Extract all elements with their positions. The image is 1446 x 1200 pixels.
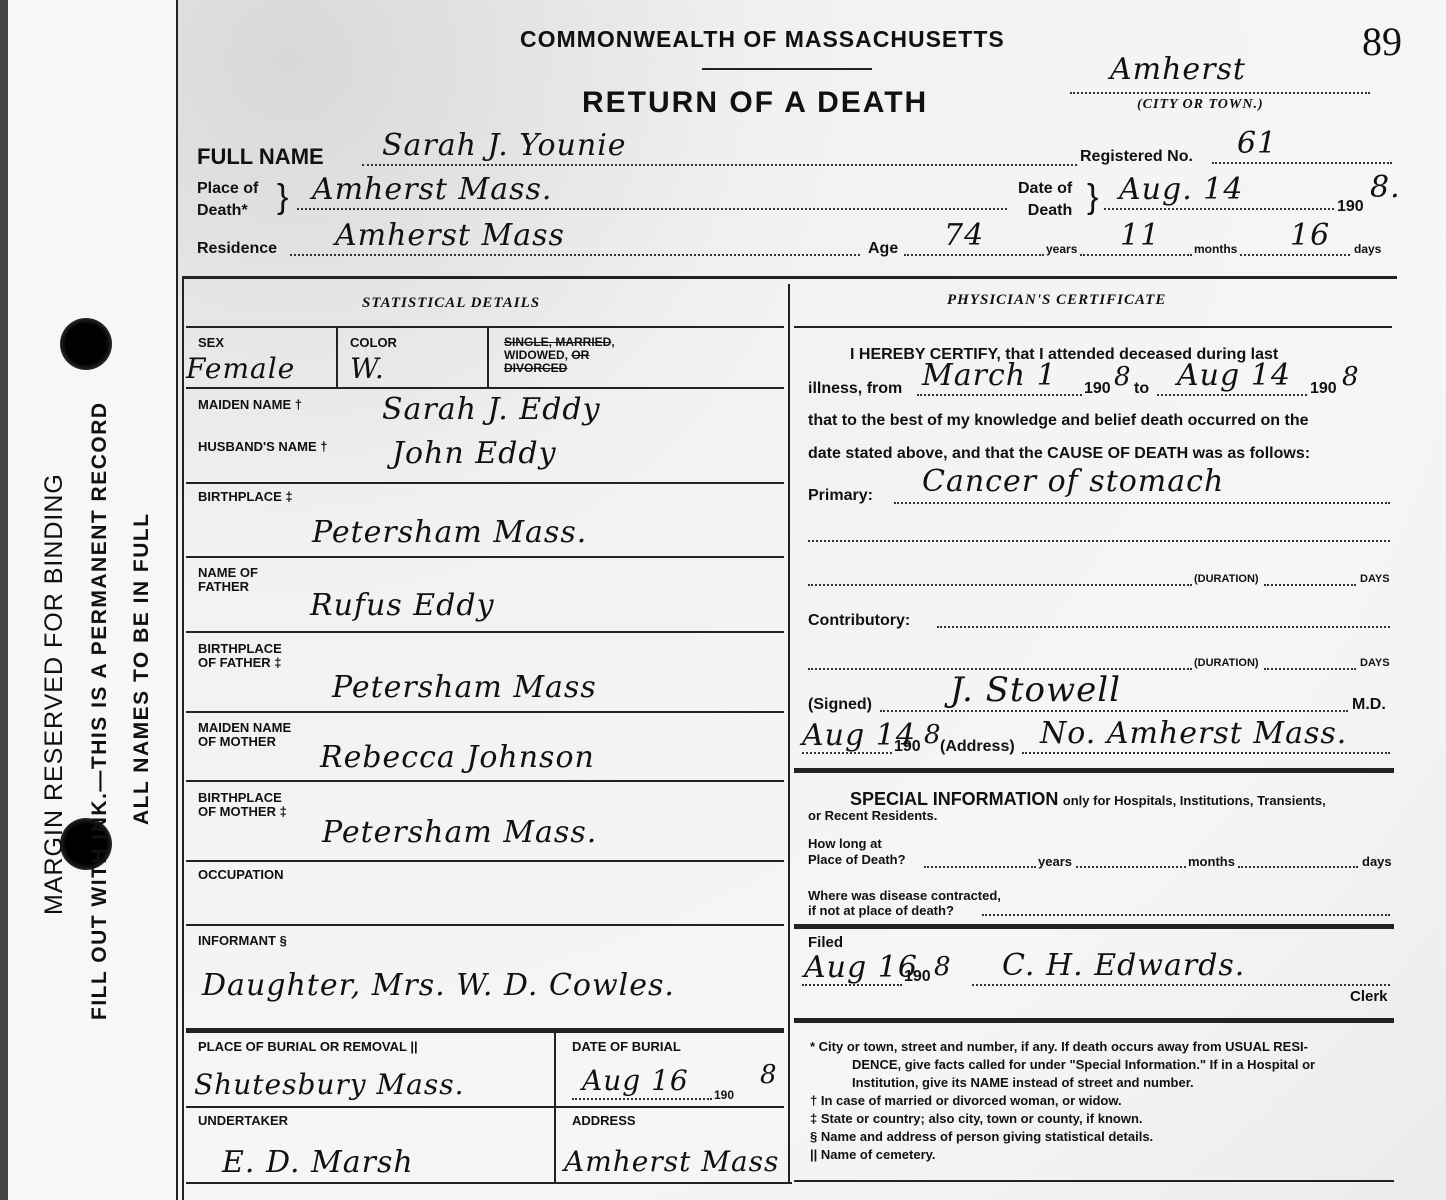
date-of-death-value: Aug. 14 [1119,172,1243,207]
age-days-field[interactable]: 16 [1240,226,1350,256]
illness-from-year-prefix: 190 [1084,380,1111,398]
marital-comma: , [611,335,614,349]
where-2: if not at place of death? [808,903,1001,918]
signature-value: J. Stowell [950,670,1121,710]
burial-date-label: DATE OF BURIAL [572,1040,681,1054]
marital-divorced: DIVORCED [504,361,567,375]
birthplace-label: BIRTHPLACE ‡ [198,490,293,504]
color-marital-divider [487,328,489,388]
footnotes: * City or town, street and number, if an… [810,1038,1315,1164]
contributory-days-label: DAYS [1360,657,1390,669]
maiden-name-value[interactable]: Sarah J. Eddy [382,392,601,427]
filed-date-field[interactable]: Aug 16 [802,958,902,986]
mother-bp-label-1: BIRTHPLACE [198,791,287,805]
burial-date-field[interactable]: Aug 16 [572,1074,712,1100]
registered-field[interactable]: 61 [1212,134,1392,164]
mother-label-1: MAIDEN NAME [198,721,291,735]
full-name-label: FULL NAME [197,144,324,170]
place-of-death-value: Amherst Mass. [312,172,552,207]
marital-status[interactable]: SINGLE, MARRIED, WIDOWED, OR DIVORCED [504,336,615,375]
signed-label: (Signed) [808,696,872,714]
illness-to-value: Aug 14 [1177,358,1291,393]
father-birthplace-value[interactable]: Petersham Mass [332,670,597,705]
illness-from-year[interactable]: 8 [1114,362,1132,392]
death-year-prefix: 190 [1337,198,1364,216]
marital-widowed: WIDOWED, [504,348,568,362]
death-record-sheet: MARGIN RESERVED FOR BINDING FILL OUT WIT… [0,0,1446,1200]
physician-address-field[interactable]: No. Amherst Mass. [1022,726,1390,754]
footnote-3: ‡ State or country; also city, town or c… [810,1110,1315,1128]
burial-year-prefix: 190 [714,1088,734,1102]
illness-to-year[interactable]: 8 [1342,362,1360,392]
illness-to-year-prefix: 190 [1310,380,1337,398]
burial-place-value[interactable]: Shutesbury Mass. [194,1068,465,1101]
how-long-label: How long at Place of Death? [808,836,906,868]
how-long-months-field[interactable] [1076,856,1186,868]
occupation-label: OCCUPATION [198,868,283,882]
age-months-value: 11 [1120,218,1160,253]
full-name-field[interactable]: Sarah J. Younie [362,136,1077,166]
age-years-value: 74 [944,218,984,253]
marital-or: OR [571,348,589,362]
residence-field[interactable]: Amherst Mass [290,226,860,256]
page-title: RETURN OF A DEATH [582,86,928,120]
ink-note: FILL OUT WITH INK.—THIS IS A PERMANENT R… [88,401,112,1020]
contributory-duration-label: (DURATION) [1194,657,1259,669]
certify-line-3: that to the best of my knowledge and bel… [808,412,1309,430]
how-long-1: How long at [808,836,906,852]
filed-year-prefix: 190 [904,968,931,986]
husband-label: HUSBAND'S NAME † [198,440,328,454]
contributory-duration-days-field[interactable] [1264,650,1356,670]
mother-label-2: OF MOTHER [198,735,291,749]
row-rule [186,631,784,633]
row-rule [186,1182,792,1184]
burial-place-label: PLACE OF BURIAL OR REMOVAL || [198,1040,418,1054]
primary-days-label: DAYS [1360,573,1390,585]
registered-value: 61 [1237,126,1277,161]
primary-label: Primary: [808,487,873,505]
date-of-death-label-2: Death [1018,200,1072,222]
primary-duration-days-field[interactable] [1264,566,1356,586]
bottom-rule [794,1180,1394,1182]
illness-from-value: March 1 [922,358,1057,393]
brace-icon: } [1087,178,1098,217]
state-heading: COMMONWEALTH OF MASSACHUSETTS [520,26,1005,53]
place-of-death-label-2: Death* [197,200,258,222]
registered-label: Registered No. [1080,148,1193,166]
special-heading: SPECIAL INFORMATION only for Hospitals, … [850,789,1326,810]
color-value[interactable]: W. [350,352,385,385]
to-label: to [1134,380,1149,398]
phys-rule [794,326,1392,328]
row-rule [186,780,784,782]
form-left-border [182,276,184,1200]
header-rule [702,68,872,70]
how-long-days-field[interactable] [1238,856,1358,868]
marital-single-married: SINGLE, MARRIED [504,335,611,349]
years-label: years [1046,242,1077,256]
filed-label: Filed [808,934,843,951]
mother-birthplace-value[interactable]: Petersham Mass. [322,815,597,850]
date-of-death-label-1: Date of [1018,178,1072,200]
mother-bp-label-2: OF MOTHER ‡ [198,805,287,819]
contributory-field[interactable] [937,608,1390,628]
footnote-4: § Name and address of person giving stat… [810,1128,1315,1146]
footnote-2: † In case of married or divorced woman, … [810,1092,1315,1110]
filed-date-value: Aug 16 [804,950,918,985]
undertaker-address-label: ADDRESS [572,1114,636,1128]
line-4-c: was as follows: [1193,445,1310,462]
binding-margin: MARGIN RESERVED FOR BINDING FILL OUT WIT… [0,0,178,1200]
sex-color-divider [336,328,338,388]
sign-date-field[interactable]: Aug 14 [802,726,892,754]
mother-value[interactable]: Rebecca Johnson [320,740,595,775]
how-long-years-label: years [1038,854,1072,869]
mother-birthplace-label: BIRTHPLACE OF MOTHER ‡ [198,791,287,819]
age-months-field[interactable]: 11 [1080,226,1192,256]
contributory-duration-field[interactable] [808,650,1192,670]
primary-cause-value: Cancer of stomach [922,464,1224,499]
sex-label: SEX [198,336,224,350]
binding-note: MARGIN RESERVED FOR BINDING [40,473,69,915]
footnote-1a: * City or town, street and number, if an… [810,1038,1315,1056]
special-heading-line-2: or Recent Residents. [808,808,937,823]
clerk-value: C. H. Edwards. [1002,948,1245,983]
footnote-5: || Name of cemetery. [810,1146,1315,1164]
brace-icon: } [277,178,288,217]
place-of-death-label-1: Place of [197,178,258,200]
full-name-value: Sarah J. Younie [382,128,627,163]
city-value: Amherst [1110,52,1246,87]
footnote-1c: Institution, give its NAME instead of st… [810,1074,1315,1092]
how-long-days-label: days [1362,854,1392,869]
header-divider [182,276,1397,279]
physician-address-value: No. Amherst Mass. [1040,716,1347,751]
husband-value[interactable]: John Eddy [392,436,557,471]
sign-year-suffix: 8 [924,720,942,750]
contributory-label: Contributory: [808,612,910,630]
city-label: (CITY OR TOWN.) [1137,97,1264,113]
residence-value: Amherst Mass [335,218,565,253]
place-of-death-label: Place of Death* [197,178,258,222]
where-1: Where was disease contracted, [808,888,1001,903]
cause-of-death-label: CAUSE OF DEATH [1047,445,1188,462]
date-of-death-label: Date of Death [1018,178,1072,222]
how-long-months-label: months [1188,854,1235,869]
date-of-death-field[interactable]: Aug. 14 [1104,180,1334,210]
thick-rule [186,1028,784,1033]
father-label-2: FATHER [198,580,258,594]
primary-duration-label: (DURATION) [1194,573,1259,585]
occupation-value[interactable] [322,880,762,910]
special-heading-bold: SPECIAL INFORMATION [850,789,1058,809]
primary-cause-field[interactable]: Cancer of stomach [894,474,1390,504]
maiden-name-label: MAIDEN NAME † [198,398,302,412]
how-long-2: Place of Death? [808,852,906,868]
row-rule [186,482,784,484]
color-label: COLOR [350,336,397,350]
row-rule [186,711,784,713]
stat-rule [186,326,784,328]
residence-label: Residence [197,240,277,258]
filed-year-suffix: 8 [934,952,952,982]
names-note: ALL NAMES TO BE IN FULL [130,512,154,825]
informant-label: INFORMANT § [198,934,287,948]
clerk-field[interactable]: C. H. Edwards. [972,958,1390,986]
undertaker-value[interactable]: E. D. Marsh [222,1145,414,1180]
md-label: M.D. [1352,696,1386,714]
binding-hole-top [60,318,112,370]
illness-from-field[interactable]: March 1 [917,368,1082,396]
place-of-death-field[interactable]: Amherst Mass. [297,180,1007,210]
column-divider [788,284,790,1184]
death-year-suffix: 8. [1370,170,1401,205]
father-birthplace-label: BIRTHPLACE OF FATHER ‡ [198,642,282,670]
special-heading-rest: only for Hospitals, Institutions, Transi… [1063,793,1326,808]
row-rule [186,1106,784,1108]
burial-year-suffix: 8 [760,1060,778,1090]
primary-cause-line-2[interactable] [808,522,1390,542]
birthplace-value[interactable]: Petersham Mass. [312,515,587,550]
statistical-heading: STATISTICAL DETAILS [362,295,540,312]
clerk-label: Clerk [1350,988,1388,1005]
days-label: days [1354,242,1381,256]
row-rule [186,387,784,389]
burial-date-value: Aug 16 [582,1064,689,1097]
row-rule [186,860,784,862]
sign-year-prefix: 190 [894,738,921,756]
father-label: NAME OF FATHER [198,566,258,594]
age-label: Age [868,240,898,258]
thick-rule [794,768,1394,773]
signature-field[interactable]: J. Stowell [880,686,1348,712]
thick-rule [794,924,1394,929]
footnote-1b: DENCE, give facts called for under "Spec… [810,1056,1315,1074]
age-years-field[interactable]: 74 [904,226,1044,256]
months-label: months [1194,242,1237,256]
death-return-form: COMMONWEALTH OF MASSACHUSETTS RETURN OF … [182,0,1397,1200]
sex-value[interactable]: Female [186,352,295,385]
informant-value[interactable]: Daughter, Mrs. W. D. Cowles. [202,968,675,1003]
how-long-years-field[interactable] [924,856,1036,868]
primary-duration-field[interactable] [808,566,1192,586]
row-rule [186,556,784,558]
city-field[interactable]: Amherst [1070,58,1370,94]
where-contracted-label: Where was disease contracted, if not at … [808,888,1001,918]
physician-address-label: (Address) [940,738,1015,756]
physician-heading: PHYSICIAN'S CERTIFICATE [947,292,1166,309]
age-days-value: 16 [1290,218,1330,253]
illness-to-field[interactable]: Aug 14 [1157,368,1307,396]
father-value[interactable]: Rufus Eddy [310,588,495,623]
thick-rule [794,1018,1394,1023]
father-bp-label-1: BIRTHPLACE [198,642,282,656]
where-contracted-field[interactable] [982,904,1390,916]
row-rule [186,924,784,926]
illness-from-label: illness, from [808,380,902,398]
father-label-1: NAME OF [198,566,258,580]
mother-label: MAIDEN NAME OF MOTHER [198,721,291,749]
undertaker-address-value[interactable]: Amherst Mass [564,1145,779,1178]
undertaker-label: UNDERTAKER [198,1114,288,1128]
line-4-a: date stated above, and that the [808,445,1043,462]
certify-line-4: date stated above, and that the CAUSE OF… [808,445,1310,463]
father-bp-label-2: OF FATHER ‡ [198,656,282,670]
